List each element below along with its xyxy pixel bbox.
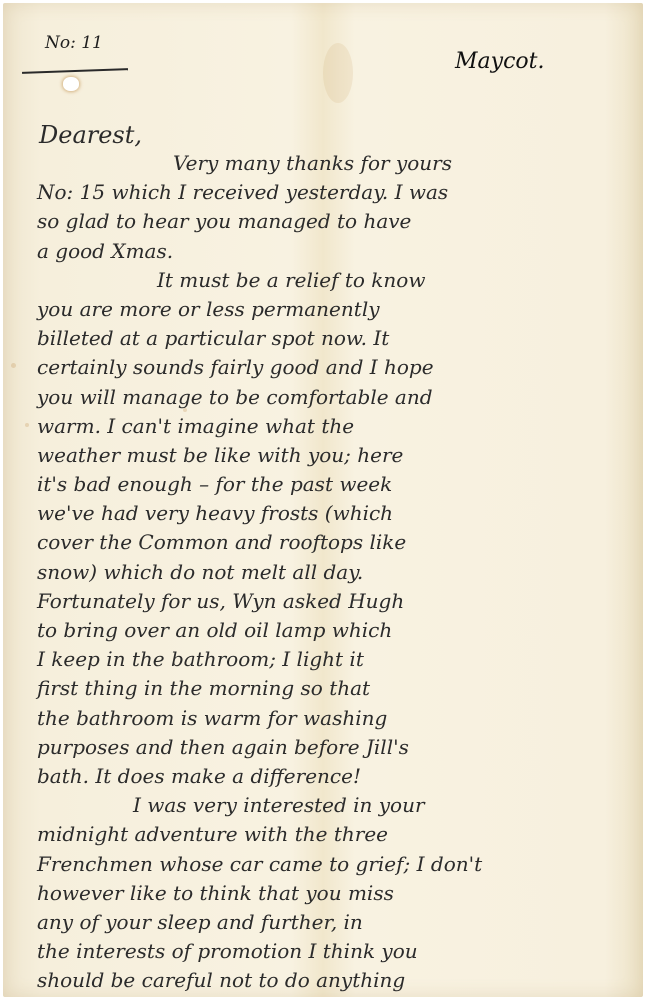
letter-line: the bathroom is warm for washing	[37, 704, 637, 733]
letter-line: certainly sounds fairly good and I hope	[37, 353, 637, 382]
letter-line: bath. It does make a difference!	[37, 762, 637, 791]
letter-line: Fortunately for us, Wyn asked Hugh	[37, 587, 637, 616]
letter-page: No: 11 Maycot. Dearest, Very many thanks…	[3, 3, 643, 997]
letter-number: No: 11	[45, 33, 103, 53]
letter-line: should be careful not to do anything	[37, 966, 637, 995]
paper-stain	[25, 423, 29, 427]
letter-line: the interests of promotion I think you	[37, 937, 637, 966]
letter-place: Maycot.	[455, 49, 544, 74]
letter-line: so glad to hear you managed to have	[37, 207, 637, 236]
letter-line: first thing in the morning so that	[37, 674, 637, 703]
letter-body: Very many thanks for yours No: 15 which …	[37, 149, 637, 995]
letter-line: No: 15 which I received yesterday. I was	[37, 178, 637, 207]
bleed-through-text	[323, 33, 329, 54]
letter-line: a good Xmas.	[37, 237, 637, 266]
letter-line: billeted at a particular spot now. It	[37, 324, 637, 353]
letter-line: I was very interested in your	[37, 791, 637, 820]
letter-line: to bring over an old oil lamp which	[37, 616, 637, 645]
letter-line: cover the Common and rooftops like	[37, 528, 637, 557]
letter-line: you will manage to be comfortable and	[37, 383, 637, 412]
letter-line: midnight adventure with the three	[37, 820, 637, 849]
letter-line: warm. I can't imagine what the	[37, 412, 637, 441]
number-underline	[22, 68, 128, 74]
letter-line: we've had very heavy frosts (which	[37, 499, 637, 528]
letter-line: weather must be like with you; here	[37, 441, 637, 470]
letter-line: It must be a relief to know	[37, 266, 637, 295]
letter-line: purposes and then again before Jill's	[37, 733, 637, 762]
letter-line: however like to think that you miss	[37, 879, 637, 908]
letter-line: Frenchmen whose car came to grief; I don…	[37, 850, 637, 879]
salutation: Dearest,	[39, 121, 142, 149]
letter-line: any of your sleep and further, in	[37, 908, 637, 937]
letter-line: it's bad enough – for the past week	[37, 470, 637, 499]
paper-stain	[11, 363, 16, 368]
letter-line: Very many thanks for yours	[37, 149, 637, 178]
punch-hole	[63, 77, 79, 91]
letter-line: you are more or less permanently	[37, 295, 637, 324]
letter-line: I keep in the bathroom; I light it	[37, 645, 637, 674]
letter-line: snow) which do not melt all day.	[37, 558, 637, 587]
